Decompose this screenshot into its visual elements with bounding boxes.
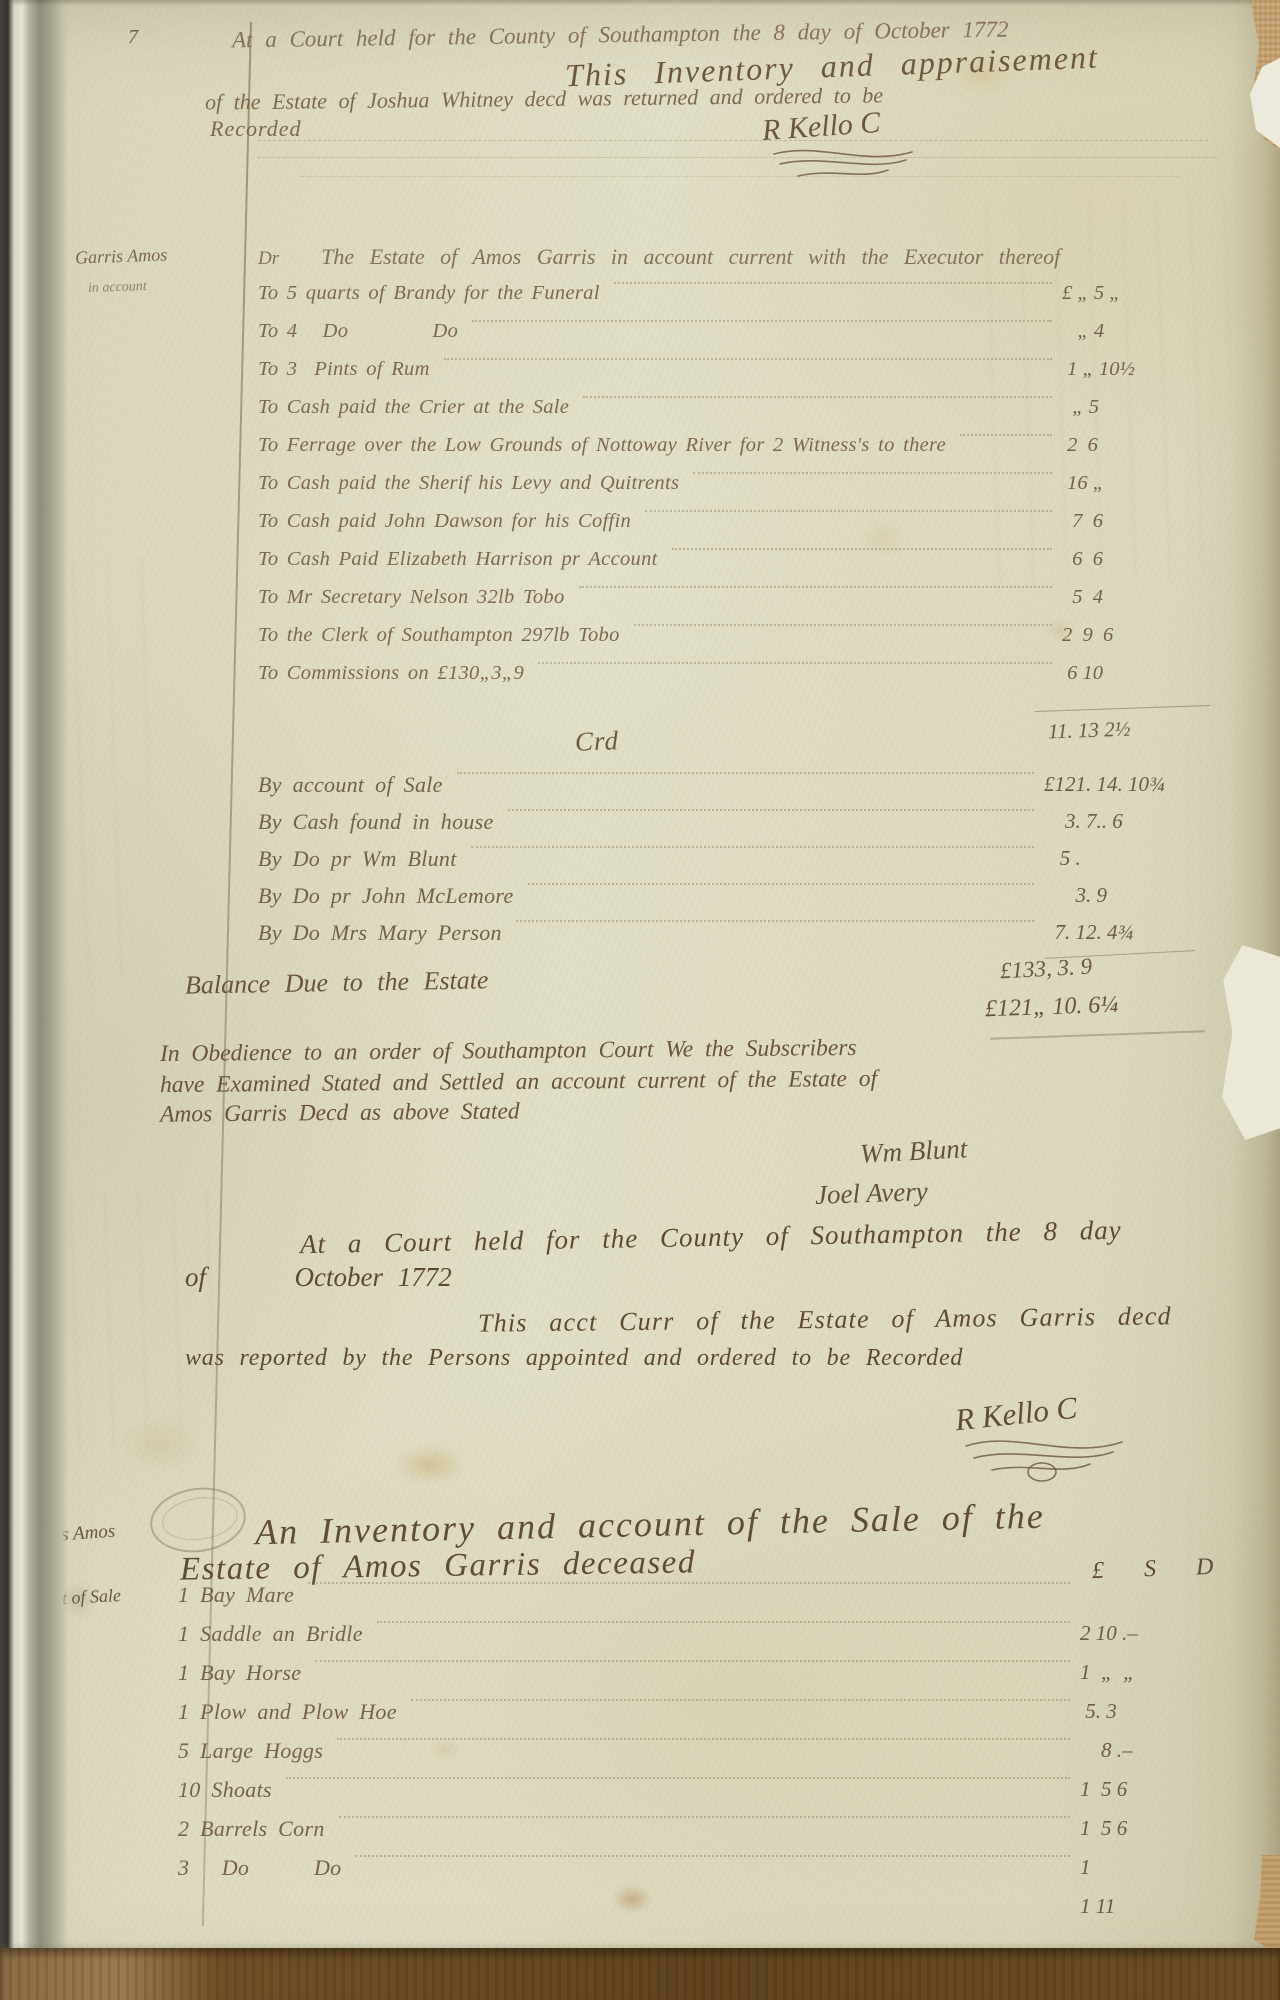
ledger-row: To Mr Secretary Nelson 32lb Tobo 5 4 [258, 586, 1230, 624]
margin-note-account: in account [88, 279, 147, 297]
item-amount: 1 11 [1080, 1894, 1230, 1919]
ledger-row: To Cash Paid Elizabeth Harrison pr Accou… [258, 548, 1230, 586]
dotted-leader [538, 662, 1052, 664]
dotted-leader [960, 434, 1052, 436]
debit-total: 11. 13 2½ [1048, 717, 1131, 745]
dotted-leader [645, 510, 1052, 512]
item-amount: 1 [1080, 1855, 1230, 1880]
entry-amount: 7. 12. 4¾ [1044, 920, 1230, 945]
dotted-leader [693, 472, 1052, 474]
court-record-2-line2: of October 1772 [185, 1262, 452, 1293]
court-record-2-line4: was reported by the Persons appointed an… [185, 1345, 963, 1372]
entry-description: To 4 Do Do [258, 320, 458, 343]
debit-header-text: The Estate of Amos Garris in account cur… [321, 244, 1060, 269]
dotted-leader [444, 358, 1052, 360]
inventory-items: 1 Bay Mare 1 Saddle an Bridle 2 10 .– 1 … [178, 1582, 1230, 1933]
entry-description: To Cash paid John Dawson for his Coffin [258, 510, 631, 533]
entry-description: By Cash found in house [258, 809, 494, 835]
margin-note-name: Garris Amos [75, 244, 168, 268]
entry-amount: £ „ 5 „ [1062, 282, 1230, 305]
dotted-leader [377, 1621, 1070, 1623]
entry-description: To Cash paid the Sherif his Levy and Qui… [258, 472, 679, 495]
signature-wm-blunt: Wm Blunt [859, 1133, 968, 1170]
bleed-through-lower-left [60, 1187, 220, 1453]
entry-amount: 2 6 [1062, 434, 1230, 457]
ledger-row: 1 Bay Mare [178, 1582, 1230, 1621]
page-top-edge [0, 0, 1280, 6]
dotted-leader [614, 282, 1052, 284]
ledger-row: 1 Plow and Plow Hoe 5. 3 [178, 1699, 1230, 1738]
page-number: 7 [128, 26, 138, 49]
item-description: 3 Do Do [178, 1855, 341, 1881]
item-description: 1 Saddle an Bridle [178, 1621, 363, 1647]
ledger-row: To Cash paid John Dawson for his Coffin … [258, 510, 1230, 548]
faint-ruled-line [300, 176, 1180, 177]
dotted-leader [308, 1582, 1070, 1584]
entry-description: To Mr Secretary Nelson 32lb Tobo [258, 586, 565, 609]
credits-total: £133, 3. 9 [999, 954, 1092, 985]
signature-flourish [768, 146, 920, 188]
ledger-row: To 4 Do Do „ 4 [258, 320, 1230, 358]
ledger-row: 2 Barrels Corn 1 5 6 [178, 1816, 1230, 1855]
item-amount: 8 .– [1080, 1738, 1230, 1763]
dotted-leader [634, 624, 1052, 626]
wooden-table [0, 1948, 1280, 2000]
entry-amount: 3. 7.. 6 [1044, 809, 1230, 834]
dotted-leader [471, 846, 1034, 848]
dotted-leader [508, 809, 1034, 811]
item-description: 2 Barrels Corn [178, 1816, 325, 1842]
balance-label: Balance Due to the Estate [185, 965, 489, 1000]
entry-amount: 6 6 [1062, 548, 1230, 571]
ledger-row: To the Clerk of Southampton 297lb Tobo 2… [258, 624, 1230, 662]
entry-description: To Commissions on £130„3„9 [258, 662, 524, 685]
ledger-row: To Commissions on £130„3„9 6 10 [258, 662, 1230, 700]
entry-description: To 3 Pints of Rum [258, 358, 430, 381]
entry-description: To 5 quarts of Brandy for the Funeral [258, 282, 600, 305]
entry-amount: 1 „ 10½ [1062, 358, 1230, 381]
entry-amount: 2 9 6 [1062, 624, 1230, 647]
dotted-leader [355, 1855, 1070, 1857]
ledger-row: By Cash found in house 3. 7.. 6 [258, 809, 1230, 846]
currency-columns-header: £ S D [1092, 1554, 1214, 1585]
entry-amount: „ 5 [1062, 396, 1230, 419]
manuscript-page: 7 At a Court held for the County of Sout… [0, 0, 1280, 2000]
dotted-leader [516, 920, 1034, 922]
item-amount: 1 5 6 [1080, 1816, 1230, 1841]
ledger-row: To 3 Pints of Rum 1 „ 10½ [258, 358, 1230, 396]
ledger-row: By Do pr John McLemore 3. 9 [258, 883, 1230, 920]
dotted-leader [192, 1894, 1070, 1896]
ledger-row: 1 11 [178, 1894, 1230, 1933]
decorative-circle-flourish [146, 1482, 250, 1559]
entry-amount: 5 . [1044, 846, 1230, 871]
item-description: 10 Shoats [178, 1777, 272, 1803]
entry-description: To Ferrage over the Low Grounds of Notto… [258, 434, 946, 457]
item-amount: 2 10 .– [1080, 1621, 1230, 1646]
court-record-1-line3: of the Estate of Joshua Whitney decd was… [205, 82, 883, 115]
ledger-row: 5 Large Hoggs 8 .– [178, 1738, 1230, 1777]
dotted-leader [457, 772, 1034, 774]
total-rule [1035, 705, 1210, 712]
entry-description: By Do pr John McLemore [258, 883, 514, 909]
stain [120, 1415, 200, 1471]
credit-header: Crd [574, 725, 619, 758]
dotted-leader [315, 1660, 1070, 1662]
item-description: 5 Large Hoggs [178, 1738, 323, 1764]
ledger-row: To Cash paid the Crier at the Sale „ 5 [258, 396, 1230, 434]
ledger-row: 10 Shoats 1 5 6 [178, 1777, 1230, 1816]
balance-underline [990, 1030, 1205, 1039]
ledger-row: 1 Saddle an Bridle 2 10 .– [178, 1621, 1230, 1660]
ledger-row: To Cash paid the Sherif his Levy and Qui… [258, 472, 1230, 510]
entry-description: By Do pr Wm Blunt [258, 846, 457, 872]
entry-description: To Cash Paid Elizabeth Harrison pr Accou… [258, 548, 658, 571]
dotted-leader [583, 396, 1052, 398]
item-amount: 1 5 6 [1080, 1777, 1230, 1802]
dotted-leader [337, 1738, 1070, 1740]
ledger-row: To Ferrage over the Low Grounds of Notto… [258, 434, 1230, 472]
entry-amount: 6 10 [1062, 662, 1230, 685]
dotted-leader [411, 1699, 1070, 1701]
debit-abbr: Dr [258, 248, 279, 269]
entry-amount: 5 4 [1062, 586, 1230, 609]
stain [395, 1445, 465, 1485]
dotted-leader [286, 1777, 1070, 1779]
clerk-signature: R Kello C [953, 1390, 1078, 1439]
entry-description: To the Clerk of Southampton 297lb Tobo [258, 624, 620, 647]
torn-page-edge-middle [1222, 945, 1280, 1140]
ledger-row: By account of Sale £121. 14. 10¾ [258, 772, 1230, 809]
ledger-row: 3 Do Do 1 [178, 1855, 1230, 1894]
item-amount: 1 „ „ [1080, 1660, 1230, 1685]
dotted-leader [579, 586, 1053, 588]
entry-amount: 16 „ [1062, 472, 1230, 495]
dotted-leader [472, 320, 1052, 322]
settlement-line2: have Examined Stated and Settled an acco… [160, 1066, 877, 1099]
court-record-2-line1: At a Court held for the County of Southa… [300, 1215, 1122, 1260]
ledger-row: To 5 quarts of Brandy for the Funeral £ … [258, 282, 1230, 320]
entry-description: To Cash paid the Crier at the Sale [258, 396, 569, 419]
entry-amount: £121. 14. 10¾ [1044, 772, 1230, 797]
clerk-signature: R Kello C [761, 106, 881, 148]
debit-header: DrThe Estate of Amos Garris in account c… [258, 244, 1060, 270]
faint-ruled-line [258, 157, 1218, 158]
signature-flourish [958, 1436, 1130, 1486]
dotted-leader [339, 1816, 1070, 1818]
entry-amount: 3. 9 [1044, 883, 1230, 908]
court-record-1-line4: Recorded [210, 116, 301, 142]
credit-entries: By account of Sale £121. 14. 10¾ By Cash… [258, 772, 1230, 957]
dotted-leader [672, 548, 1052, 550]
item-description: 1 Plow and Plow Hoe [178, 1699, 397, 1725]
balance-amount: £121„ 10. 6¼ [985, 992, 1119, 1024]
signature-joel-avery: Joel Avery [814, 1176, 928, 1211]
settlement-line3: Amos Garris Decd as above Stated [160, 1098, 520, 1128]
dotted-leader [528, 883, 1034, 885]
ledger-row: By Do pr Wm Blunt 5 . [258, 846, 1230, 883]
item-description: 1 Bay Mare [178, 1582, 294, 1608]
faint-ruled-line [258, 140, 1208, 141]
ledger-row: By Do Mrs Mary Person 7. 12. 4¾ [258, 920, 1230, 957]
court-record-2-line3: This acct Curr of the Estate of Amos Gar… [478, 1301, 1172, 1338]
debit-entries: To 5 quarts of Brandy for the Funeral £ … [258, 282, 1230, 700]
item-description: 1 Bay Horse [178, 1660, 301, 1686]
entry-description: By account of Sale [258, 772, 443, 798]
settlement-line1: In Obedience to an order of Southampton … [160, 1035, 857, 1068]
entry-amount: „ 4 [1062, 320, 1230, 343]
item-amount: 5. 3 [1080, 1699, 1230, 1724]
entry-amount: 7 6 [1062, 510, 1230, 533]
ledger-row: 1 Bay Horse 1 „ „ [178, 1660, 1230, 1699]
entry-description: By Do Mrs Mary Person [258, 920, 502, 946]
book-binding [0, 0, 68, 1954]
